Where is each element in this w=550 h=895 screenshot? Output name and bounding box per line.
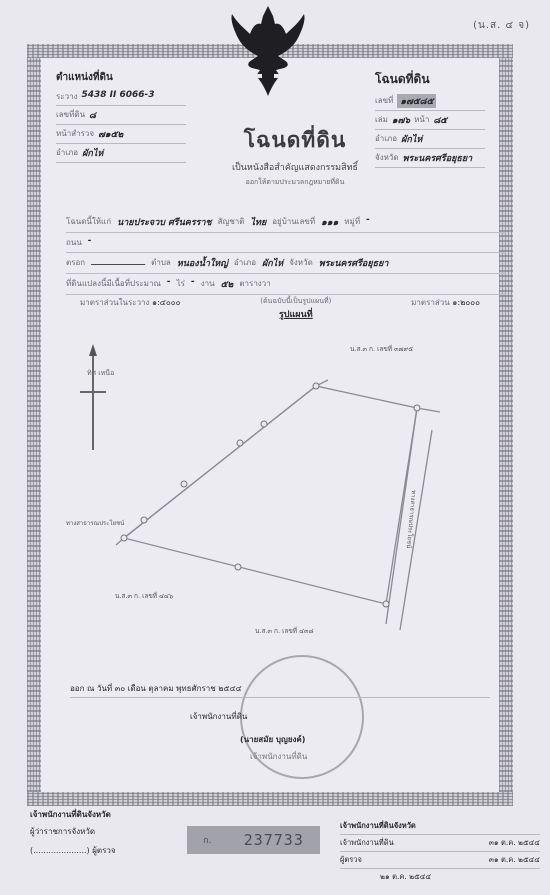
north-label: ทิศ เหนือ bbox=[87, 369, 114, 377]
deed-info-row: เล่ม๑๗๖หน้า๘๕ bbox=[375, 111, 485, 130]
land-location-row: หน้าสำรวจ๗๑๕๒ bbox=[56, 125, 186, 144]
footer-right-text: เจ้าพนักงานที่ดิน bbox=[340, 837, 394, 849]
map-label-top-right: น.ส.๓ ก. เลขที่ ๓๗๙๕ bbox=[350, 344, 413, 353]
scale-left: มาตราส่วนในระวาง ๑:๔๐๐๐ bbox=[80, 296, 180, 321]
field-label: หน้า bbox=[414, 113, 429, 127]
issuance-signature-area: ออก ณ วันที่ ๓๐ เดือน ตุลาคม พุทธศักราช … bbox=[70, 680, 490, 763]
field-value: ๘๕ bbox=[433, 113, 447, 127]
field-value: หนองน้ำใหญ่ bbox=[177, 256, 228, 270]
date-stamp: ๒๑ ต.ค. ๒๕๔๔ bbox=[380, 871, 540, 883]
footer-right-row: เจ้าพนักงานที่ดิน๓๑ ต.ค. ๒๕๔๔ bbox=[340, 835, 540, 852]
field-value: ผักไห่ bbox=[401, 132, 422, 146]
page-number-marker: (น.ส. ๔ จ) bbox=[473, 18, 530, 33]
owner-details: โฉนดนี้ให้แก่ นายประจวบ ศรีนครราช สัญชาต… bbox=[66, 212, 506, 295]
footer-left-line: เจ้าพนักงานที่ดินจังหวัด bbox=[30, 808, 200, 821]
field-value: ผักไห่ bbox=[82, 146, 103, 160]
field-label: ตรอก bbox=[66, 256, 85, 270]
issue-date-line: ออก ณ วันที่ ๓๐ เดือน ตุลาคม พุทธศักราช … bbox=[70, 680, 490, 698]
border-pattern-bottom bbox=[27, 792, 513, 806]
field-value: ผักไห่ bbox=[262, 256, 283, 270]
deed-info-header: โฉนดที่ดิน bbox=[375, 70, 485, 89]
map-label-right-road: ทางสาธารณประโยชน์ bbox=[405, 490, 418, 549]
officer-title: เจ้าพนักงานที่ดิน bbox=[190, 710, 490, 723]
owner-name: นายประจวบ ศรีนครราช bbox=[117, 215, 212, 229]
field-label: ตำบล bbox=[151, 256, 171, 270]
field-label: ระวาง bbox=[56, 90, 77, 103]
border-pattern-right bbox=[499, 58, 513, 792]
serial-prefix: ก. bbox=[203, 833, 211, 847]
land-plot-map: ทิศ เหนือ น.ส.๓ ก. เลขที่ ๓๗๙๕ น.ส.๓ ก. … bbox=[60, 320, 460, 640]
field-label: หมู่ที่ bbox=[344, 215, 360, 229]
deed-info-row: เลขที่๑๗๕๘๕ bbox=[375, 92, 485, 111]
field-value: ๘ bbox=[89, 108, 96, 122]
plan-caption-wrap: (ต้นฉบับนี้เป็นรูปแผนที่) รูปแผนที่ bbox=[260, 296, 331, 321]
owner-line: ถนน - bbox=[66, 233, 506, 253]
scale-right: มาตราส่วน ๑:๒๐๐๐ bbox=[411, 296, 480, 321]
field-label: ที่ดินแปลงนี้มีเนื้อที่ประมาณ bbox=[66, 277, 161, 291]
footer-left-line: ผู้ว่าราชการจังหวัด bbox=[30, 825, 200, 838]
field-value: ไทย bbox=[250, 215, 266, 229]
field-label: งาน bbox=[201, 277, 215, 291]
field-value: ๑:๔๐๐๐ bbox=[152, 298, 180, 307]
officer-name: (นายสมัย บุญยงค์) bbox=[240, 733, 490, 746]
field-value: - bbox=[88, 236, 92, 249]
field-label: ถนน bbox=[66, 236, 82, 249]
field-label: หน้าสำรวจ bbox=[56, 127, 94, 141]
field-label: เลขที่ bbox=[375, 94, 393, 108]
field-label: โฉนดนี้ให้แก่ bbox=[66, 215, 111, 229]
map-label-bottom: น.ส.๓ ก. เลขที่ ๔๓๘ bbox=[255, 626, 314, 635]
field-label: จังหวัด bbox=[289, 256, 313, 270]
serial-number-box: ก. 237733 bbox=[187, 826, 320, 854]
north-arrow-icon bbox=[80, 344, 106, 450]
document-title-block: โฉนดที่ดิน เป็นหนังสือสำคัญแสดงกรรมสิทธิ… bbox=[200, 124, 390, 188]
field-label: เลขที่ดิน bbox=[56, 108, 85, 122]
owner-line: โฉนดนี้ให้แก่ นายประจวบ ศรีนครราช สัญชาต… bbox=[66, 212, 506, 233]
field-label: อยู่บ้านเลขที่ bbox=[272, 215, 315, 229]
border-pattern-left bbox=[27, 58, 41, 792]
field-value: ๗๑๕๒ bbox=[98, 127, 123, 141]
footer-right-row: ผู้ตรวจ๓๑ ต.ค. ๒๕๔๔ bbox=[340, 852, 540, 869]
map-label-bottom-left: น.ส.๓ ก. เลขที่ ๔๔๖ bbox=[115, 591, 173, 600]
footer-left-line: (.....................) ผู้ตรวจ bbox=[30, 844, 200, 857]
field-label: อำเภอ bbox=[234, 256, 256, 270]
field-label: ไร่ bbox=[177, 277, 185, 291]
field-value: - bbox=[191, 277, 195, 291]
field-value: ๑:๒๐๐๐ bbox=[452, 298, 480, 307]
field-value: ๑๑๑ bbox=[321, 215, 338, 229]
land-location-header: ตำแหน่งที่ดิน bbox=[56, 70, 186, 85]
owner-line: ที่ดินแปลงนี้มีเนื้อที่ประมาณ - ไร่ - งา… bbox=[66, 274, 506, 295]
serial-number: 237733 bbox=[244, 831, 304, 849]
field-value: ____________ bbox=[91, 256, 145, 270]
footer-right-text: ผู้ตรวจ bbox=[340, 854, 362, 866]
deed-info-row: อำเภอผักไห่ bbox=[375, 130, 485, 149]
field-label: มาตราส่วน bbox=[411, 298, 450, 307]
footer-right-signatures: เจ้าพนักงานที่ดินจังหวัด เจ้าพนักงานที่ด… bbox=[340, 818, 540, 883]
officer-position: เจ้าพนักงานที่ดิน bbox=[250, 750, 490, 763]
deed-info-block: โฉนดที่ดิน เลขที่๑๗๕๘๕ เล่ม๑๗๖หน้า๘๕ อำเ… bbox=[375, 70, 485, 168]
plan-caption: (ต้นฉบับนี้เป็นรูปแผนที่) bbox=[260, 296, 331, 307]
document-title: โฉนดที่ดิน bbox=[200, 124, 390, 157]
footer-left-signatures: เจ้าพนักงานที่ดินจังหวัด ผู้ว่าราชการจัง… bbox=[30, 808, 200, 857]
land-location-row: เลขที่ดิน๘ bbox=[56, 106, 186, 125]
field-value: - bbox=[366, 215, 370, 229]
footer-right-date: ๓๑ ต.ค. ๒๕๔๔ bbox=[489, 854, 540, 866]
field-value: ๑๗๖ bbox=[392, 113, 410, 127]
field-value: ๕๒ bbox=[221, 277, 234, 291]
field-label: สัญชาติ bbox=[218, 215, 245, 229]
owner-line: ตรอก ____________ ตำบล หนองน้ำใหญ่ อำเภอ… bbox=[66, 253, 506, 274]
footer-right-row: เจ้าพนักงานที่ดินจังหวัด bbox=[340, 818, 540, 835]
scale-row: มาตราส่วนในระวาง ๑:๔๐๐๐ (ต้นฉบับนี้เป็นร… bbox=[80, 296, 480, 321]
field-value: 5438 II 6066-3 bbox=[81, 90, 154, 103]
plan-label: รูปแผนที่ bbox=[279, 310, 313, 320]
footer-right-date: ๓๑ ต.ค. ๒๕๔๔ bbox=[489, 837, 540, 849]
field-value: - bbox=[167, 277, 171, 291]
field-label: อำเภอ bbox=[56, 146, 78, 160]
field-label: ตารางวา bbox=[239, 277, 270, 291]
document-subtitle-2: ออกให้ตามประมวลกฎหมายที่ดิน bbox=[200, 177, 390, 188]
field-label: มาตราส่วนในระวาง bbox=[80, 298, 149, 307]
deed-info-row: จังหวัดพระนครศรีอยุธยา bbox=[375, 149, 485, 168]
land-location-row: อำเภอผักไห่ bbox=[56, 144, 186, 163]
field-value: พระนครศรีอยุธยา bbox=[403, 151, 473, 165]
land-location-block: ตำแหน่งที่ดิน ระวาง5438 II 6066-3 เลขที่… bbox=[56, 70, 186, 163]
map-label-left-road: ทางสาธารณประโยชน์ bbox=[66, 519, 124, 527]
footer-right-text: เจ้าพนักงานที่ดินจังหวัด bbox=[340, 820, 416, 832]
deed-number: ๑๗๕๘๕ bbox=[397, 94, 436, 108]
field-value: พระนครศรีอยุธยา bbox=[319, 256, 389, 270]
document-subtitle: เป็นหนังสือสำคัญแสดงกรรมสิทธิ์ bbox=[200, 160, 390, 174]
land-location-row: ระวาง5438 II 6066-3 bbox=[56, 88, 186, 106]
garuda-emblem-icon bbox=[218, 0, 318, 100]
